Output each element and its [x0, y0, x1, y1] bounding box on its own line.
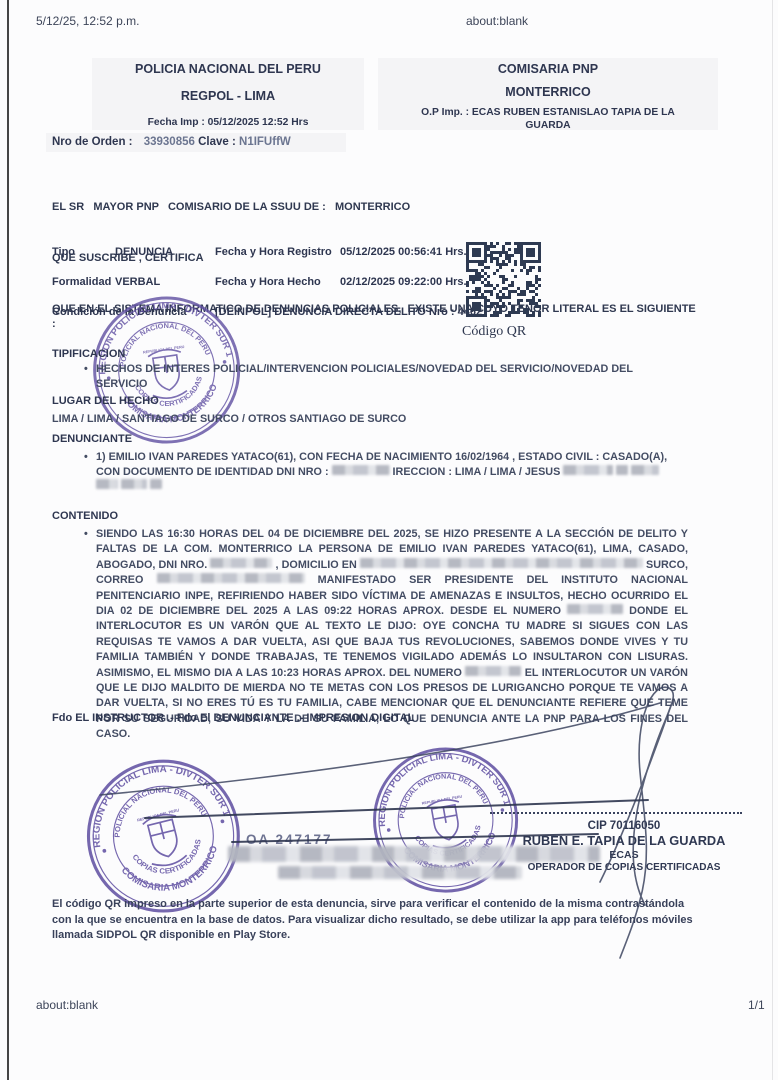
redacted-text: [563, 465, 613, 475]
svg-text:COPIAS CERTIFICADAS: COPIAS CERTIFICADAS: [130, 836, 209, 883]
tipo-value: DENUNCIA: [115, 246, 173, 258]
institution-name: POLICIA NACIONAL DEL PERU: [92, 62, 364, 76]
officer-name: RUBEN E. TAPIA DE LA GUARDA: [498, 833, 750, 848]
region-name: REGPOL - LIMA: [92, 89, 364, 103]
denunciante-item: 1) EMILIO IVAN PAREDES YATACO(61), CON F…: [96, 450, 681, 494]
redacted-text: [360, 558, 643, 568]
svg-text:REPUBLICA DEL PERU: REPUBLICA DEL PERU: [422, 795, 463, 806]
redacted-text: [616, 465, 628, 475]
redacted-text: [121, 479, 147, 489]
svg-text:REPUBLICA DEL PERU: REPUBLICA DEL PERU: [137, 807, 180, 822]
deinpol-value: [DEINPOL] DENUNCIA DIRECTA DELITO Nro : …: [215, 306, 482, 318]
comisaria-label: COMISARIA PNP: [378, 62, 718, 76]
fecha-registro-value: 05/12/2025 00:56:41 Hrs.: [340, 246, 467, 258]
redacted-text: [631, 465, 659, 475]
operator-print-label: O.P Imp. : ECAS RUBEN ESTANISLAO TAPIA D…: [403, 106, 693, 132]
fecha-hecho-label: Fecha y Hora Hecho: [215, 276, 321, 288]
fdo-line: Fdo EL INSTRUCTOR .- Fdo El DENUNCIANTE …: [52, 712, 414, 724]
redacted-handwriting: [278, 866, 522, 879]
certification-block: EL SR MAYOR PNP COMISARIO DE LA SSUU DE …: [52, 170, 702, 368]
svg-text:COMISARIA MONTERRICO: COMISARIA MONTERRICO: [117, 842, 228, 905]
print-date-label: Fecha Imp : 05/12/2025 12:52 Hrs: [92, 116, 364, 129]
contenido-title: CONTENIDO: [52, 510, 118, 522]
header-left: POLICIA NACIONAL DEL PERU REGPOL - LIMA …: [92, 62, 364, 129]
order-number-value: 33930856: [144, 136, 195, 148]
order-number-label: Nro de Orden :: [52, 136, 133, 148]
lugar-title: LUGAR DEL HECHO: [52, 395, 159, 407]
qr-caption: Código QR: [462, 324, 526, 340]
svg-text:POLICIAL NACIONAL DEL PERÚ: POLICIAL NACIONAL DEL PERÚ: [103, 775, 209, 840]
tipificacion-item: HECHOS DE INTERES POLICIAL/INTERVENCION …: [96, 362, 656, 391]
condicion-label: Condición de la Denuncia: [52, 306, 186, 318]
tipo-label: Tipo: [52, 246, 75, 258]
officer-block: CIP 70116050 RUBEN E. TAPIA DE LA GUARDA…: [498, 820, 750, 873]
stamp-serial-code: OA 247177: [246, 832, 333, 847]
redacted-text: [210, 558, 272, 568]
signature-line: [490, 812, 742, 814]
redacted-text: [96, 479, 118, 489]
officer-role: OPERADOR DE COPIAS CERTIFICADAS: [498, 862, 750, 873]
order-line: Nro de Orden : 33930856 Clave : N1IFUffW: [52, 136, 291, 148]
clave-value: N1IFUffW: [239, 136, 291, 148]
certification-line-1: EL SR MAYOR PNP COMISARIO DE LA SSUU DE …: [52, 200, 702, 215]
print-page-number: 1/1: [748, 998, 765, 1012]
print-datetime: 5/12/25, 12:52 p.m.: [36, 14, 139, 28]
redacted-text: [157, 573, 305, 583]
svg-text:REGION POLICIAL LIMA - DIVTER: REGION POLICIAL LIMA - DIVTER SUR 1: [366, 740, 512, 828]
scan-edge-left: [7, 0, 9, 1080]
print-footer-url: about:blank: [36, 998, 98, 1012]
svg-text:POLICIAL NACIONAL DEL PERÚ: POLICIAL NACIONAL DEL PERÚ: [393, 766, 491, 820]
redacted-text: [150, 479, 162, 489]
fecha-hecho-value: 02/12/2025 09:22:00 Hrs.: [340, 276, 467, 288]
tipificacion-title: TIPIFICACION: [52, 348, 125, 360]
redacted-text: [465, 666, 521, 676]
scan-edge-right: [772, 0, 773, 1080]
header-right: COMISARIA PNP MONTERRICO O.P Imp. : ECAS…: [378, 62, 718, 132]
redacted-text: [332, 465, 390, 475]
officer-unit: ECAS: [498, 849, 750, 861]
clave-label: Clave :: [198, 136, 236, 148]
formalidad-value: VERBAL: [115, 276, 160, 288]
comisaria-name: MONTERRICO: [378, 85, 718, 99]
denunciante-title: DENUNCIANTE: [52, 433, 132, 445]
print-url: about:blank: [466, 14, 528, 28]
redacted-text: [567, 604, 623, 614]
qr-note: El código QR impreso en la parte superio…: [52, 897, 702, 944]
contenido-item: SIENDO LAS 16:30 HORAS DEL 04 DE DICIEMB…: [96, 527, 688, 743]
qr-code: [466, 242, 541, 322]
officer-cip: CIP 70116050: [498, 820, 750, 832]
lugar-value: LIMA / LIMA / SANTIAGO DE SURCO / OTROS …: [52, 413, 406, 425]
police-report-page: 5/12/25, 12:52 p.m. about:blank about:bl…: [0, 0, 778, 1080]
formalidad-label: Formalidad: [52, 276, 111, 288]
svg-text:REGION POLICIAL LIMA - DIVTER: REGION POLICIAL LIMA - DIVTER SUR 1: [76, 749, 232, 850]
fecha-registro-label: Fecha y Hora Registro: [215, 246, 332, 258]
